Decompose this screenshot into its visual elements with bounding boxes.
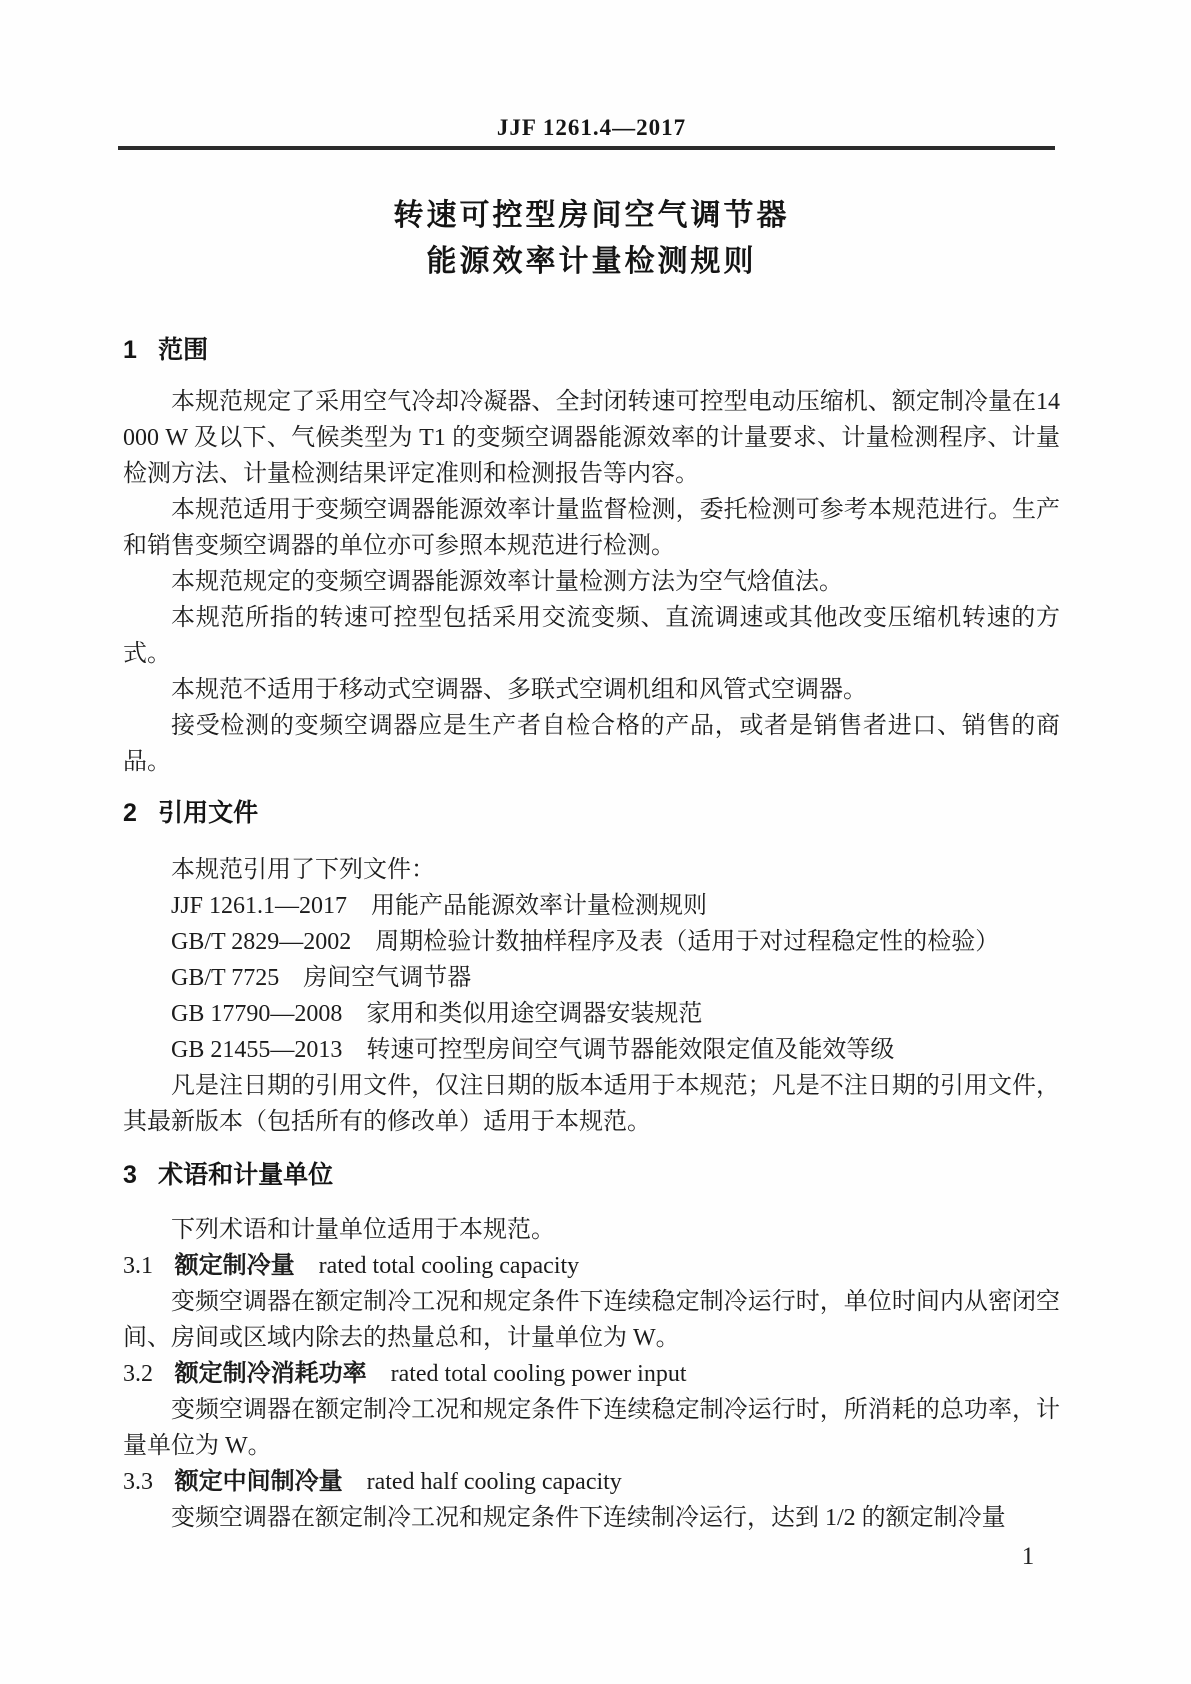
- term-3-1-number: 3.1: [123, 1253, 153, 1279]
- section-2-heading: 2引用文件: [123, 795, 1060, 831]
- page-number: 1: [1006, 1539, 1050, 1575]
- term-3-3-definition: 变频空调器在额定制冷工况和规定条件下连续制冷运行，达到 1/2 的额定制冷量: [123, 1500, 1060, 1536]
- scope-paragraph-1: 本规范规定了采用空气冷却冷凝器、全封闭转速可控型电动压缩机、额定制冷量在14 0…: [123, 384, 1060, 492]
- section-1-heading: 1范围: [123, 332, 1060, 368]
- term-3-2-number: 3.2: [123, 1361, 153, 1387]
- document-title-line2: 能源效率计量检测规则: [123, 239, 1060, 285]
- reference-item: GB 17790—2008 家用和类似用途空调器安装规范: [123, 996, 1060, 1032]
- term-3-3-heading: 3.3额定中间制冷量rated half cooling capacity: [123, 1464, 1060, 1500]
- scope-paragraph-2: 本规范适用于变频空调器能源效率计量监督检测，委托检测可参考本规范进行。生产和销售…: [123, 492, 1060, 564]
- section-3-title: 术语和计量单位: [158, 1161, 333, 1189]
- scope-paragraph-4: 本规范所指的转速可控型包括采用交流变频、直流调速或其他改变压缩机转速的方式。: [123, 600, 1060, 672]
- term-3-1-name-zh: 额定制冷量: [175, 1252, 295, 1279]
- header-rule: [118, 146, 1055, 150]
- term-3-3-number: 3.3: [123, 1469, 153, 1495]
- scope-paragraph-3: 本规范规定的变频空调器能源效率计量检测方法为空气焓值法。: [123, 564, 1060, 600]
- document-page: JJF 1261.4—2017 转速可控型房间空气调节器 能源效率计量检测规则 …: [0, 0, 1191, 1684]
- references-intro: 本规范引用了下列文件：: [123, 852, 1060, 888]
- references-outro: 凡是注日期的引用文件，仅注日期的版本适用于本规范；凡是不注日期的引用文件，其最新…: [123, 1068, 1060, 1140]
- document-body: 1范围 本规范规定了采用空气冷却冷凝器、全封闭转速可控型电动压缩机、额定制冷量在…: [123, 332, 1060, 1536]
- scope-paragraph-6: 接受检测的变频空调器应是生产者自检合格的产品，或者是销售者进口、销售的商品。: [123, 708, 1060, 780]
- section-1-number: 1: [123, 336, 137, 364]
- term-3-1-name-en: rated total cooling capacity: [319, 1253, 580, 1279]
- section-3-heading: 3术语和计量单位: [123, 1157, 1060, 1193]
- document-title-line1: 转速可控型房间空气调节器: [123, 193, 1060, 239]
- document-title: 转速可控型房间空气调节器 能源效率计量检测规则: [123, 193, 1060, 285]
- term-3-2-name-en: rated total cooling power input: [391, 1361, 687, 1387]
- header-doc-code: JJF 1261.4—2017: [123, 110, 1060, 146]
- term-3-1-heading: 3.1额定制冷量rated total cooling capacity: [123, 1248, 1060, 1284]
- references-list: JJF 1261.1—2017 用能产品能源效率计量检测规则 GB/T 2829…: [123, 888, 1060, 1068]
- terms-intro: 下列术语和计量单位适用于本规范。: [123, 1212, 1060, 1248]
- term-3-2-heading: 3.2额定制冷消耗功率rated total cooling power inp…: [123, 1356, 1060, 1392]
- reference-item: GB 21455—2013 转速可控型房间空气调节器能效限定值及能效等级: [123, 1032, 1060, 1068]
- section-2-title: 引用文件: [158, 799, 258, 827]
- section-2-number: 2: [123, 799, 137, 827]
- reference-item: GB/T 7725 房间空气调节器: [123, 960, 1060, 996]
- reference-item: GB/T 2829—2002 周期检验计数抽样程序及表（适用于对过程稳定性的检验…: [123, 924, 1060, 960]
- term-3-2-definition: 变频空调器在额定制冷工况和规定条件下连续稳定制冷运行时，所消耗的总功率，计量单位…: [123, 1392, 1060, 1464]
- term-3-1-definition: 变频空调器在额定制冷工况和规定条件下连续稳定制冷运行时，单位时间内从密闭空间、房…: [123, 1284, 1060, 1356]
- term-3-3-name-en: rated half cooling capacity: [367, 1469, 622, 1495]
- term-3-2-name-zh: 额定制冷消耗功率: [175, 1360, 367, 1387]
- section-3-number: 3: [123, 1161, 137, 1189]
- scope-paragraph-5: 本规范不适用于移动式空调器、多联式空调机组和风管式空调器。: [123, 672, 1060, 708]
- section-1-title: 范围: [158, 336, 208, 364]
- term-3-3-name-zh: 额定中间制冷量: [175, 1468, 343, 1495]
- reference-item: JJF 1261.1—2017 用能产品能源效率计量检测规则: [123, 888, 1060, 924]
